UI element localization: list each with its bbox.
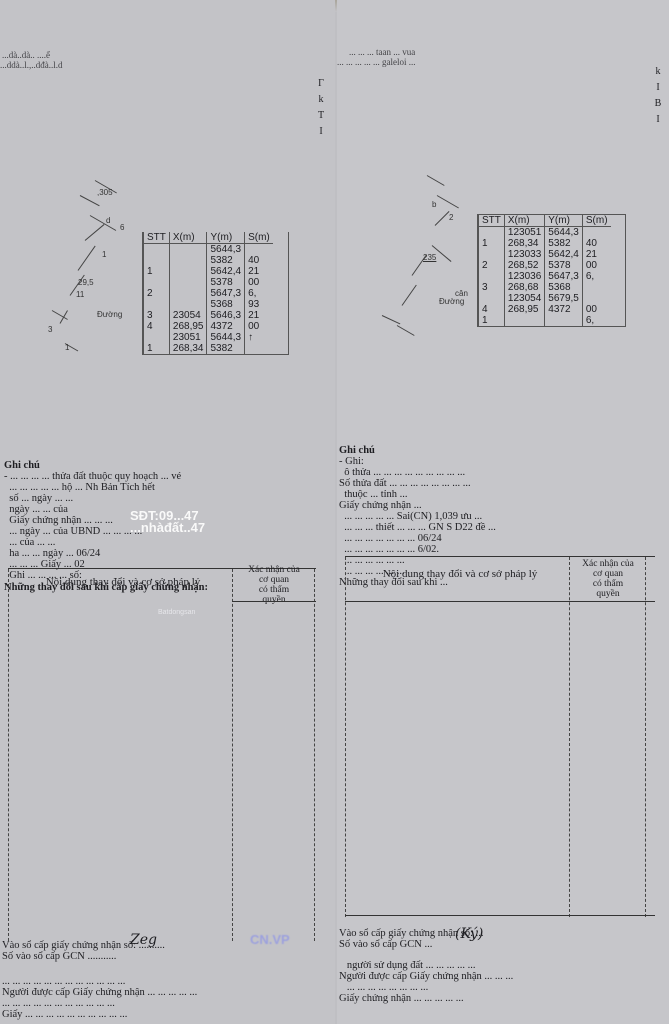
coord-cell-x: 123036 [504, 271, 544, 282]
coord-cell-s: 00 [245, 277, 273, 288]
coord-cell-y: 5382 [207, 343, 245, 354]
coord-cell-s [582, 227, 610, 239]
coord-cell-stt [479, 249, 505, 260]
left-header-line-1: ...dà..dà.. ....ể [2, 50, 50, 60]
coord-cell-s: 00 [582, 260, 610, 271]
note-line: Giấy chứng nhận ... [339, 500, 496, 511]
coord-cell-stt: 2 [479, 260, 505, 271]
right-col2-header: Xác nhận của cơ quan có thẩm quyền [571, 559, 645, 599]
right-header-line-1: ... ... ... taan ... vua [349, 47, 415, 57]
col-x: X(m) [504, 215, 544, 227]
coord-row: 25647,36, [144, 288, 273, 299]
col-stt: STT [144, 232, 170, 244]
note-line: ô thửa ... ... ... ... ... ... ... ... .… [339, 467, 496, 478]
footer-line: người sử dụng đất ... ... ... ... ... [339, 960, 513, 971]
coord-cell-s: 6, [582, 271, 610, 282]
coord-cell-x [169, 288, 207, 299]
coord-cell-y: 5644,3 [207, 332, 245, 343]
coord-cell-y: 5647,3 [545, 271, 583, 282]
coord-cell-stt [479, 271, 505, 282]
coord-row: 230515644,3↑ [144, 332, 273, 343]
left-col1-header: Nội dung thay đổi và cơ sở pháp lý [18, 577, 228, 588]
coord-row: 537800 [144, 277, 273, 288]
col-y: Y(m) [207, 232, 245, 244]
left-changes-table: Nội dung thay đổi và cơ sở pháp lý Xác n… [8, 568, 316, 941]
col-stt: STT [479, 215, 505, 227]
coord-cell-stt: 3 [144, 310, 170, 321]
right-header-line-2: ... ... ... ... ... galeloi ... [337, 57, 416, 67]
coord-cell-x: 123051 [504, 227, 544, 239]
footer-line: ... ... ... ... ... ... ... ... ... ... … [2, 998, 197, 1009]
coord-cell-stt: 1 [479, 315, 505, 326]
coord-cell-x: 268,34 [504, 238, 544, 249]
left-header-line-2: ...ddà..l.,..dđà..l.d [0, 60, 63, 70]
right-coordinate-table: STT X(m) Y(m) S(m) 1230515644,31268,3453… [477, 214, 626, 327]
coord-cell-x [169, 244, 207, 256]
coord-cell-y: 5368 [207, 299, 245, 310]
coord-cell-y: 5644,3 [207, 244, 245, 256]
note-line: số ... ngày ... ... [4, 493, 208, 504]
coord-cell-x: 268,95 [169, 321, 207, 332]
coord-cell-y: 4372 [545, 304, 583, 315]
coord-cell-x: 268,95 [504, 304, 544, 315]
coord-row: 4268,95437200 [479, 304, 611, 315]
footer-line: Người được cấp Giấy chứng nhận ... ... .… [339, 971, 513, 982]
coord-row: 1230335642,421 [479, 249, 611, 260]
left-edge-chars: Γ k T I [316, 76, 326, 140]
coord-cell-stt: 3 [479, 282, 505, 293]
coord-cell-x: 123033 [504, 249, 544, 260]
coord-cell-s: 21 [245, 266, 273, 277]
coord-cell-s [582, 293, 610, 304]
coord-row: 1268,345382 [144, 343, 273, 354]
coord-row: 3230545646,321 [144, 310, 273, 321]
coord-cell-s [245, 343, 273, 354]
coord-cell-x: 23054 [169, 310, 207, 321]
left-coordinate-table: STT X(m) Y(m) S(m) 5644,353824015642,421… [142, 232, 289, 355]
footer-line: Người được cấp Giấy chứng nhận ... ... .… [2, 987, 197, 998]
left-page: ...dà..dà.. ....ể ...ddà..l.,..dđà..l.d … [0, 0, 335, 1024]
col-x: X(m) [169, 232, 207, 244]
footer-line: Giấy ... ... ... ... ... ... ... ... ...… [2, 1009, 197, 1020]
coord-cell-y: 5382 [207, 255, 245, 266]
coord-cell-s: ↑ [245, 332, 273, 343]
coord-row: 4268,95437200 [144, 321, 273, 332]
left-notes-title: Ghi chú [4, 460, 208, 471]
footer-line: ... ... ... ... ... ... ... ... ... ... … [2, 976, 197, 987]
coord-cell-s: 93 [245, 299, 273, 310]
coord-cell-s: 40 [245, 255, 273, 266]
right-parcel-sketch: b 2 235 Đường cân [377, 165, 487, 355]
coord-cell-stt [479, 227, 505, 239]
right-signature: (Ký) [455, 926, 483, 942]
coord-cell-stt: 1 [144, 266, 170, 277]
note-line: ... ... ... thiết ... ... ... GN S D22 đ… [339, 522, 496, 533]
coord-cell-y: 5646,3 [207, 310, 245, 321]
coord-cell-s: 21 [245, 310, 273, 321]
coord-cell-s [245, 244, 273, 256]
left-stamp: CN.VP [250, 932, 290, 947]
coord-cell-y: 5368 [545, 282, 583, 293]
coord-cell-stt [144, 277, 170, 288]
coord-cell-stt [144, 299, 170, 310]
coord-row: 16, [479, 315, 611, 326]
note-line: ... ... ... ... ... hộ ... Nh Bản Tích h… [4, 482, 208, 493]
coord-cell-s [582, 282, 610, 293]
coord-row: 538240 [144, 255, 273, 266]
col-s: S(m) [245, 232, 273, 244]
coord-cell-stt [479, 293, 505, 304]
coord-row: 2268,52537800 [479, 260, 611, 271]
note-line: Số thửa đất ... ... ... ... ... ... ... … [339, 478, 496, 489]
coord-cell-y: 5642,4 [545, 249, 583, 260]
left-parcel-sketch: ,305 d 6 1 29,5 11 Đường 3 1 [40, 175, 150, 355]
coord-row: 536893 [144, 299, 273, 310]
coord-cell-stt [144, 255, 170, 266]
coord-cell-stt: 4 [144, 321, 170, 332]
col-s: S(m) [582, 215, 610, 227]
note-line: - Ghi: [339, 456, 496, 467]
coord-cell-y: 5679,5 [545, 293, 583, 304]
coord-cell-y: 5642,4 [207, 266, 245, 277]
right-notes-title: Ghi chú [339, 445, 496, 456]
coord-row: 5644,3 [144, 244, 273, 256]
coord-cell-x [504, 315, 544, 326]
right-page: ... ... ... taan ... vua ... ... ... ...… [337, 0, 669, 1024]
note-line: ... ... ... ... ... ... ... 6/02. [339, 544, 496, 555]
note-line: ha ... ... ngày ... 06/24 [4, 548, 208, 559]
coord-cell-s: 6, [582, 315, 610, 326]
note-line: ... của ... ... [4, 537, 208, 548]
coord-cell-s: 21 [582, 249, 610, 260]
coord-cell-stt [144, 332, 170, 343]
col-y: Y(m) [545, 215, 583, 227]
coord-cell-y: 5378 [207, 277, 245, 288]
coord-row: 1268,34538240 [479, 238, 611, 249]
coord-cell-y: 5382 [545, 238, 583, 249]
coord-row: 1230365647,36, [479, 271, 611, 282]
note-line: ... ... ... ... ... Sai(CN) 1,039 ưu ... [339, 511, 496, 522]
coord-cell-x: 23051 [169, 332, 207, 343]
left-footer: Vào sổ cấp giấy chứng nhận số: .........… [2, 940, 197, 1020]
right-footer: Vào sổ cấp giấy chứng nhận số: ... Số và… [339, 928, 513, 1004]
coord-cell-s: 00 [582, 304, 610, 315]
coord-cell-x [169, 266, 207, 277]
footer-line: Giấy chứng nhận ... ... ... ... ... [339, 993, 513, 1004]
coord-cell-stt: 1 [144, 343, 170, 354]
coord-cell-y: 5647,3 [207, 288, 245, 299]
coord-cell-stt: 1 [479, 238, 505, 249]
coord-cell-x [169, 277, 207, 288]
left-col2-header: Xác nhận của cơ quan có thẩm quyền [236, 565, 312, 605]
coord-cell-y: 5644,3 [545, 227, 583, 239]
right-changes-table: Nội dung thay đổi và cơ sở pháp lý Xác n… [345, 556, 655, 917]
coord-cell-y [545, 315, 583, 326]
coord-cell-x: 268,52 [504, 260, 544, 271]
coord-cell-x [169, 255, 207, 266]
coord-cell-stt: 4 [479, 304, 505, 315]
footer-line: ... ... ... ... ... ... ... ... [339, 982, 513, 993]
coord-cell-stt [144, 244, 170, 256]
right-col1-header: Nội dung thay đổi và cơ sở pháp lý [355, 569, 565, 580]
coord-cell-stt: 2 [144, 288, 170, 299]
coord-cell-s: 00 [245, 321, 273, 332]
coord-cell-x: 123054 [504, 293, 544, 304]
right-edge-chars: k I B I [653, 64, 663, 128]
left-signature: Zeg [130, 932, 157, 948]
coord-cell-x [169, 299, 207, 310]
coord-row: 1230545679,5 [479, 293, 611, 304]
note-line: ... ... ... ... ... ... ... 06/24 [339, 533, 496, 544]
coord-row: 15642,421 [144, 266, 273, 277]
coord-cell-y: 4372 [207, 321, 245, 332]
coord-cell-x: 268,34 [169, 343, 207, 354]
coord-row: 3268,685368 [479, 282, 611, 293]
coord-cell-x: 268,68 [504, 282, 544, 293]
note-line: thuộc ... tỉnh ... [339, 489, 496, 500]
coord-cell-y: 5378 [545, 260, 583, 271]
coord-cell-s: 40 [582, 238, 610, 249]
note-line: - ... ... ... ... thửa đất thuộc quy hoạ… [4, 471, 208, 482]
coord-row: 1230515644,3 [479, 227, 611, 239]
coord-cell-s: 6, [245, 288, 273, 299]
phone-watermark: SĐT:09...47 ...nhàđất..47 [130, 510, 205, 534]
